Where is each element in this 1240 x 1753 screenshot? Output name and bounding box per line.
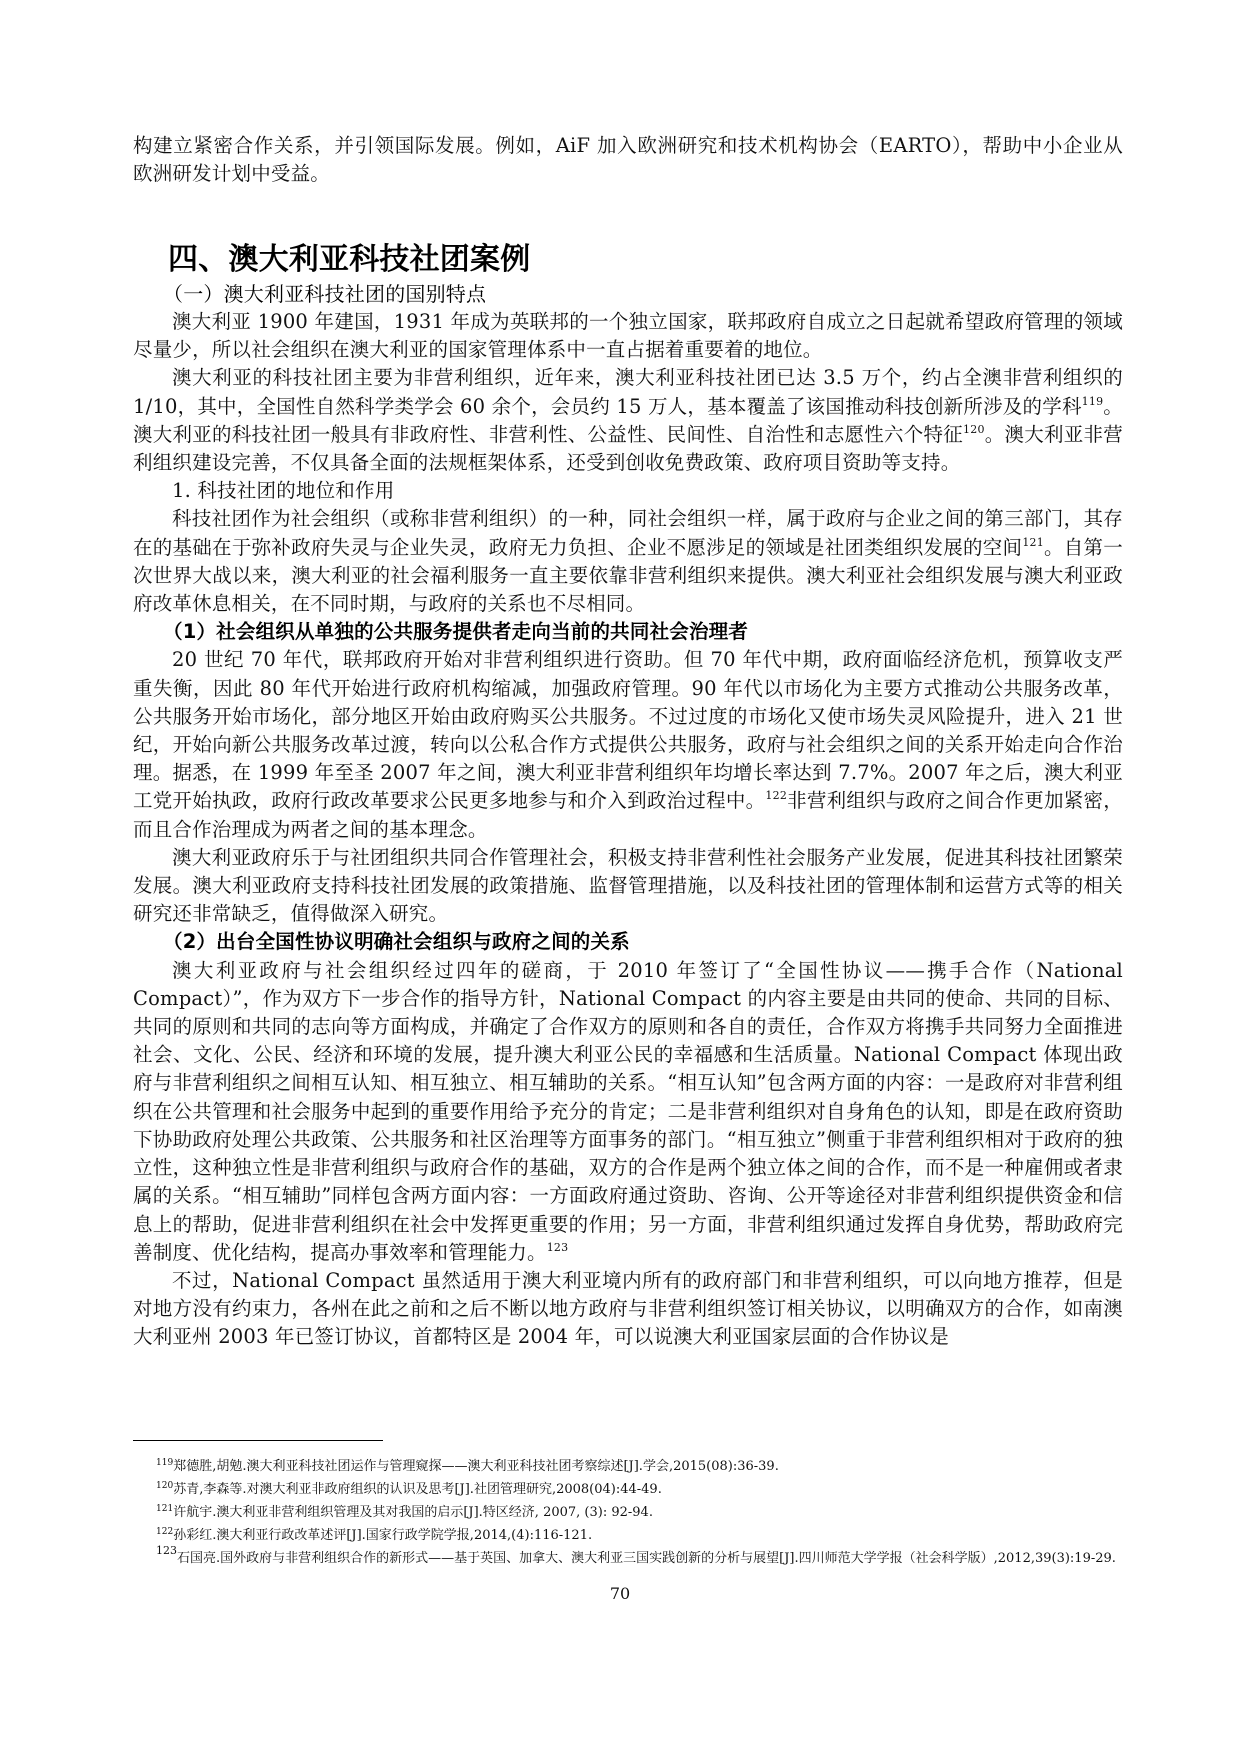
footnote-number: 121 — [156, 1504, 173, 1514]
footnote-ref-121[interactable]: 121 — [1022, 536, 1044, 549]
section-title: 四、澳大利亚科技社团案例 — [133, 240, 1123, 280]
paragraph-government-support: 澳大利亚政府乐于与社团组织共同合作管理社会，积极支持非营利性社会服务产业发展，促… — [133, 844, 1123, 929]
intro-block: 构建立紧密合作关系，并引领国际发展。例如，AiF 加入欧洲研究和技术机构协会（E… — [133, 132, 1123, 188]
footnote-ref-119[interactable]: 119 — [1082, 395, 1104, 408]
footnote-text: 苏青,李森等.对澳大利亚非政府组织的认识及思考[J].社团管理研究,2008(0… — [173, 1482, 662, 1497]
footnote-text: 孙彩红.澳大利亚行政改革述评[J].国家行政学院学报,2014,(4):116-… — [173, 1528, 592, 1543]
paragraph-overview-part-a: 澳大利亚的科技社团主要为非营利组织，近年来，澳大利亚科技社团已达 3.5 万个，… — [133, 366, 1123, 417]
subheading-national-compact: （2）出台全国性协议明确社会组织与政府之间的关系 — [133, 928, 1123, 956]
item-heading-status-role: 1. 科技社团的地位和作用 — [133, 477, 1123, 505]
footnote-number: 123 — [156, 1544, 177, 1557]
paragraph-founding: 澳大利亚 1900 年建国，1931 年成为英联邦的一个独立国家，联邦政府自成立… — [133, 308, 1123, 364]
footnote-ref-123[interactable]: 123 — [547, 1241, 569, 1254]
footnote-123: 123石国亮.国外政府与非营利组织合作的新形式——基于英国、加拿大、澳大利亚三国… — [133, 1547, 1123, 1570]
paragraph-national-compact-text: 澳大利亚政府与社会组织经过四年的磋商，于 2010 年签订了“全国性协议——携手… — [133, 959, 1123, 1264]
footnote-number: 122 — [156, 1527, 173, 1537]
paragraph-local-agreements: 不过，National Compact 虽然适用于澳大利亚境内所有的政府部门和非… — [133, 1267, 1123, 1352]
footnote-divider — [133, 1440, 383, 1441]
footnote-text: 石国亮.国外政府与非营利组织合作的新形式——基于英国、加拿大、澳大利亚三国实践创… — [177, 1551, 1116, 1566]
footnotes: 119郑德胜,胡勉.澳大利亚科技社团运作与管理窥探——澳大利亚科技社团考察综述[… — [133, 1455, 1123, 1570]
subsection-title: （一）澳大利亚科技社团的国别特点 — [133, 280, 1123, 308]
footnote-121: 121许航宇.澳大利亚非营利组织管理及其对我国的启示[J].特区经济, 2007… — [133, 1501, 1123, 1524]
footnote-120: 120苏青,李森等.对澳大利亚非政府组织的认识及思考[J].社团管理研究,200… — [133, 1478, 1123, 1501]
footnote-ref-122[interactable]: 122 — [765, 789, 787, 802]
footnote-text: 郑德胜,胡勉.澳大利亚科技社团运作与管理窥探——澳大利亚科技社团考察综述[J].… — [173, 1459, 779, 1474]
footnote-number: 120 — [156, 1481, 173, 1491]
footnote-ref-120[interactable]: 120 — [963, 423, 985, 436]
paragraph-third-sector-part-a: 科技社团作为社会组织（或称非营利组织）的一种，同社会组织一样，属于政府与企业之间… — [133, 507, 1123, 558]
paragraph-history: 20 世纪 70 年代，联邦政府开始对非营利组织进行资助。但 70 年代中期，政… — [133, 646, 1123, 843]
intro-continuation-paragraph: 构建立紧密合作关系，并引领国际发展。例如，AiF 加入欧洲研究和技术机构协会（E… — [133, 132, 1123, 188]
page-number: 70 — [0, 1584, 1240, 1603]
footnote-119: 119郑德胜,胡勉.澳大利亚科技社团运作与管理窥探——澳大利亚科技社团考察综述[… — [133, 1455, 1123, 1478]
paragraph-history-part-a: 20 世纪 70 年代，联邦政府开始对非营利组织进行资助。但 70 年代中期，政… — [133, 648, 1123, 812]
footnote-text: 许航宇.澳大利亚非营利组织管理及其对我国的启示[J].特区经济, 2007, (… — [173, 1505, 653, 1520]
document-page: 构建立紧密合作关系，并引领国际发展。例如，AiF 加入欧洲研究和技术机构协会（E… — [0, 0, 1240, 1753]
paragraph-national-compact: 澳大利亚政府与社会组织经过四年的磋商，于 2010 年签订了“全国性协议——携手… — [133, 957, 1123, 1267]
footnote-number: 119 — [156, 1458, 173, 1468]
paragraph-overview: 澳大利亚的科技社团主要为非营利组织，近年来，澳大利亚科技社团已达 3.5 万个，… — [133, 364, 1123, 477]
section-australia: 四、澳大利亚科技社团案例 （一）澳大利亚科技社团的国别特点 澳大利亚 1900 … — [133, 240, 1123, 1352]
footnote-122: 122孙彩红.澳大利亚行政改革述评[J].国家行政学院学报,2014,(4):1… — [133, 1524, 1123, 1547]
paragraph-third-sector: 科技社团作为社会组织（或称非营利组织）的一种，同社会组织一样，属于政府与企业之间… — [133, 505, 1123, 618]
subheading-governance: （1）社会组织从单独的公共服务提供者走向当前的共同社会治理者 — [133, 618, 1123, 646]
